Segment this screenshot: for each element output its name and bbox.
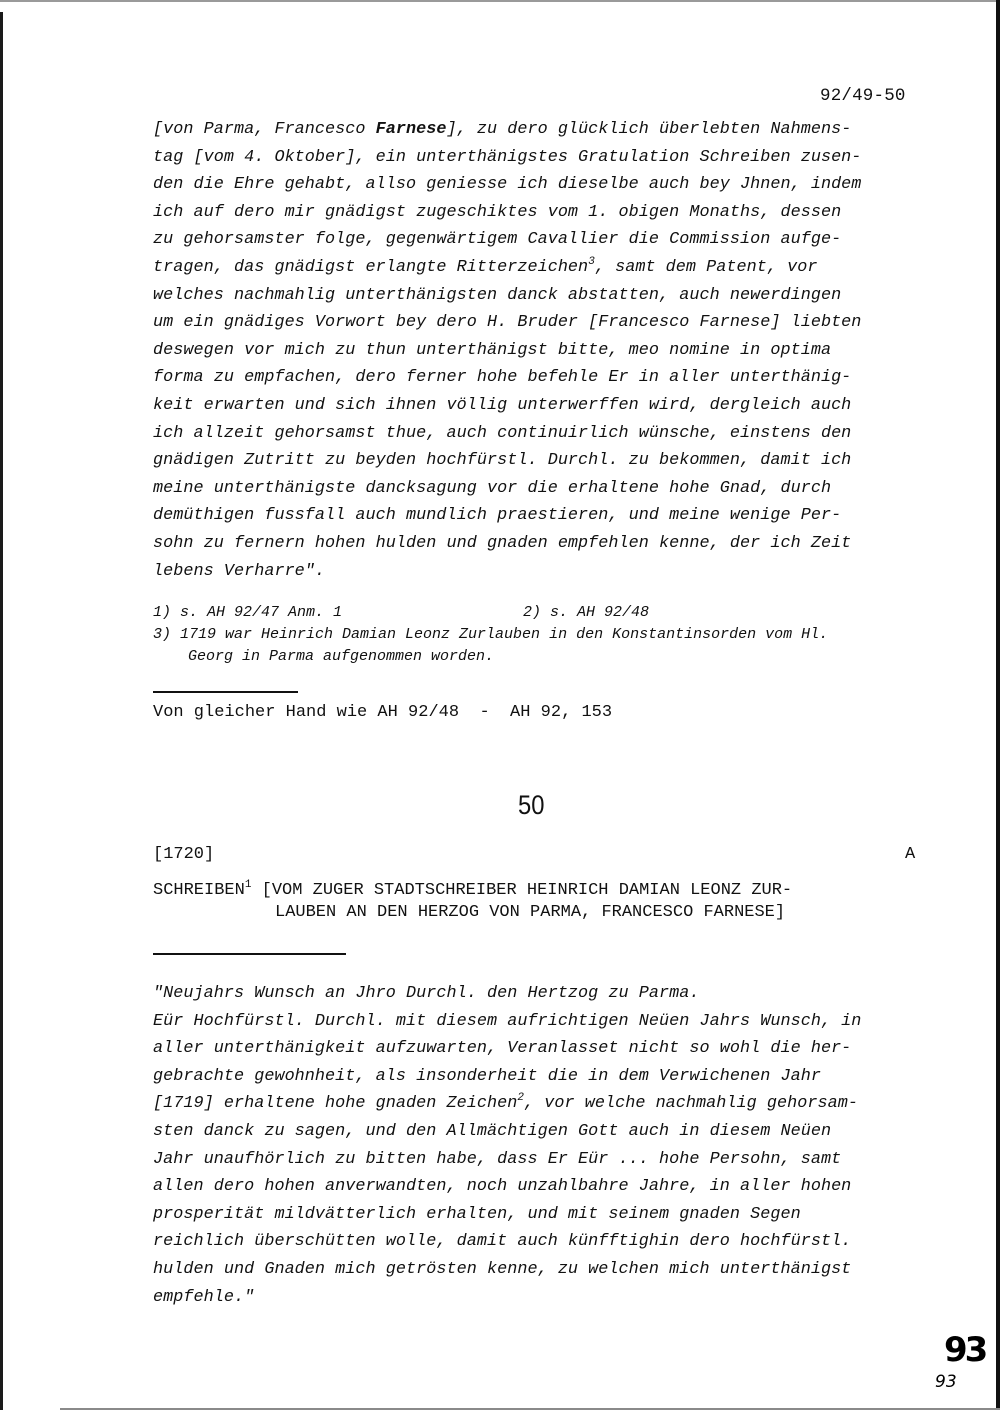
- footnote-3-continuation: Georg in Parma aufgenommen worden.: [153, 646, 923, 668]
- footnotes-49: 1) s. AH 92/47 Anm. 12) s. AH 92/48 3) 1…: [153, 602, 923, 668]
- source-note: Von gleicher Hand wie AH 92/48 - AH 92, …: [153, 703, 612, 722]
- text-line: reichlich überschütten wolle, damit auch…: [153, 1228, 923, 1256]
- text-line: deswegen vor mich zu thun unterthänigst …: [153, 337, 923, 365]
- text-line: forma zu empfachen, dero ferner hohe bef…: [153, 364, 923, 392]
- text-line: demüthigen fussfall auch mundlich praest…: [153, 502, 923, 530]
- text-line: um ein gnädiges Vorwort bey dero H. Brud…: [153, 309, 923, 337]
- footnote-marker: 3: [588, 256, 595, 268]
- section-divider: [153, 691, 298, 693]
- text-line: Jahr unaufhörlich zu bitten habe, dass E…: [153, 1146, 923, 1174]
- text-line: allen dero hohen anverwandten, noch unza…: [153, 1173, 923, 1201]
- text-line: zu gehorsamster folge, gegenwärtigem Cav…: [153, 226, 923, 254]
- footnote-1: 1) s. AH 92/47 Anm. 1: [153, 602, 523, 624]
- text-line: sten danck zu sagen, und den Allmächtige…: [153, 1118, 923, 1146]
- footnote-2: 2) s. AH 92/48: [523, 604, 649, 621]
- text-line: sohn zu fernern hohen hulden und gnaden …: [153, 530, 923, 558]
- handwritten-page-number-small: 93: [935, 1372, 957, 1392]
- text-line: meine unterthänigste dancksagung vor die…: [153, 475, 923, 503]
- text-line: "Neujahrs Wunsch an Jhro Durchl. den Her…: [153, 980, 923, 1008]
- text-line: [von Parma, Francesco Farnese], zu dero …: [153, 116, 923, 144]
- text-line: keit erwarten und sich ihnen völlig unte…: [153, 392, 923, 420]
- heading-line: LAUBEN AN DEN HERZOG VON PARMA, FRANCESC…: [153, 902, 933, 924]
- heading-line: SCHREIBEN1 [VOM ZUGER STADTSCHREIBER HEI…: [153, 880, 933, 902]
- document-number: 50: [518, 790, 544, 821]
- text-line: Eür Hochfürstl. Durchl. mit diesem aufri…: [153, 1008, 923, 1036]
- text-line: lebens Verharre".: [153, 558, 923, 586]
- document-date: [1720]: [153, 845, 214, 864]
- page-top-edge: [0, 0, 1000, 2]
- page-left-edge: [0, 12, 3, 1410]
- text-line: ich auf dero mir gnädigst zugeschiktes v…: [153, 199, 923, 227]
- heading-divider: [153, 953, 346, 955]
- page-right-edge: [996, 0, 1000, 1410]
- handwritten-page-number: 93: [944, 1330, 985, 1370]
- text-line: gnädigen Zutritt zu beyden hochfürstl. D…: [153, 447, 923, 475]
- text-line: gebrachte gewohnheit, als insonderheit d…: [153, 1063, 923, 1091]
- text-line: [1719] erhaltene hohe gnaden Zeichen2, v…: [153, 1090, 923, 1118]
- text-line: aller unterthänigkeit aufzuwarten, Veran…: [153, 1035, 923, 1063]
- text-line: ich allzeit gehorsamst thue, auch contin…: [153, 420, 923, 448]
- text-line: welches nachmahlig unterthänigsten danck…: [153, 282, 923, 310]
- letter-49-body: [von Parma, Francesco Farnese], zu dero …: [153, 116, 923, 585]
- document-type-marker: A: [905, 845, 915, 864]
- bold-name: Farnese: [376, 120, 447, 139]
- page-reference-number: 92/49-50: [820, 86, 906, 106]
- document-heading: SCHREIBEN1 [VOM ZUGER STADTSCHREIBER HEI…: [153, 880, 933, 924]
- footnote-marker: 2: [517, 1092, 524, 1104]
- text-line: tragen, das gnädigst erlangte Ritterzeic…: [153, 254, 923, 282]
- text-line: prosperität mildvätterlich erhalten, und…: [153, 1201, 923, 1229]
- letter-50-body: "Neujahrs Wunsch an Jhro Durchl. den Her…: [153, 980, 923, 1311]
- footnote-row: 1) s. AH 92/47 Anm. 12) s. AH 92/48: [153, 602, 923, 624]
- text-line: empfehle.": [153, 1284, 923, 1312]
- text-line: den die Ehre gehabt, allso geniesse ich …: [153, 171, 923, 199]
- footnote-3: 3) 1719 war Heinrich Damian Leonz Zurlau…: [153, 624, 923, 646]
- text-line: tag [vom 4. Oktober], ein unterthänigste…: [153, 144, 923, 172]
- text-line: hulden und Gnaden mich getrösten kenne, …: [153, 1256, 923, 1284]
